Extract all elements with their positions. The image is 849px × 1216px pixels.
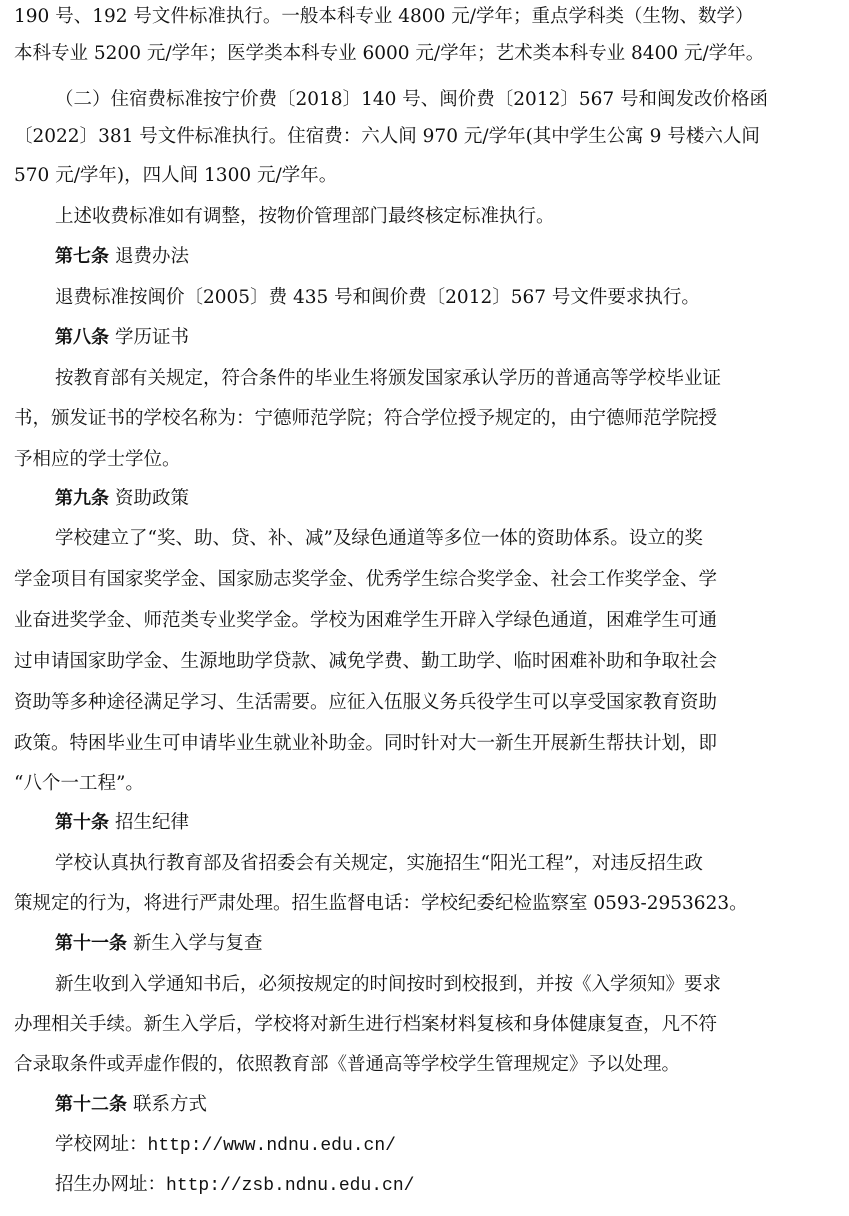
- article-number: 第九条: [55, 488, 109, 509]
- article-title: 联系方式: [133, 1094, 207, 1115]
- article-title: 新生入学与复查: [133, 933, 263, 954]
- article-number: 第七条: [55, 246, 109, 267]
- article-11-paragraph-line: 新生收到入学通知书后，必须按规定的时间按时到校报到，并按《入学须知》要求: [55, 974, 845, 996]
- school-website-label: 学校网址：: [55, 1134, 148, 1155]
- accommodation-fee-line-1: （二）住宿费标准按宁价费〔2018〕140 号、闽价费〔2012〕567 号和闽…: [55, 89, 845, 111]
- article-11-paragraph-line: 办理相关手续。新生入学后，学校将对新生进行档案材料复核和身体健康复查，凡不符: [14, 1014, 804, 1036]
- article-8-paragraph-line: 书，颁发证书的学校名称为：宁德师范学院；符合学位授予规定的，由宁德师范学院授: [14, 408, 804, 430]
- article-10-paragraph-line: 策规定的行为，将进行严肃处理。招生监督电话：学校纪委纪检监察室 0593-295…: [14, 893, 804, 915]
- article-9-paragraph-line: 业奋进奖学金、师范类专业奖学金。学校为困难学生开辟入学绿色通道，困难学生可通: [14, 610, 804, 632]
- fee-standard-line-1: 190 号、192 号文件标准执行。一般本科专业 4800 元/学年；重点学科类…: [14, 6, 804, 28]
- article-12-heading: 第十二条联系方式: [55, 1094, 845, 1116]
- article-8-paragraph-line: 按教育部有关规定，符合条件的毕业生将颁发国家承认学历的普通高等学校毕业证: [55, 368, 845, 390]
- admissions-website-link[interactable]: http://zsb.ndnu.edu.cn/: [166, 1176, 414, 1196]
- article-7-paragraph: 退费标准按闽价〔2005〕费 435 号和闽价费〔2012〕567 号文件要求执…: [55, 287, 845, 309]
- article-11-heading: 第十一条新生入学与复查: [55, 933, 845, 955]
- article-title: 招生纪律: [115, 812, 189, 833]
- article-9-paragraph-line: 学金项目有国家奖学金、国家励志奖学金、优秀学生综合奖学金、社会工作奖学金、学: [14, 569, 804, 591]
- article-9-paragraph-line: 政策。特困毕业生可申请毕业生就业补助金。同时针对大一新生开展新生帮扶计划，即: [14, 733, 804, 755]
- article-number: 第十条: [55, 812, 109, 833]
- article-title: 退费办法: [115, 246, 189, 267]
- accommodation-fee-line-3: 570 元/学年)，四人间 1300 元/学年。: [14, 165, 804, 187]
- accommodation-fee-line-2: 〔2022〕381 号文件标准执行。住宿费：六人间 970 元/学年(其中学生公…: [14, 126, 804, 148]
- admissions-website-line: 招生办网址：http://zsb.ndnu.edu.cn/: [55, 1174, 845, 1197]
- article-9-paragraph-line: 学校建立了“奖、助、贷、补、减”及绿色通道等多位一体的资助体系。设立的奖: [55, 528, 845, 550]
- article-8-heading: 第八条学历证书: [55, 327, 845, 349]
- document-page: 190 号、192 号文件标准执行。一般本科专业 4800 元/学年；重点学科类…: [0, 0, 849, 1216]
- school-website-link[interactable]: http://www.ndnu.edu.cn/: [148, 1136, 396, 1156]
- fee-adjustment-note: 上述收费标准如有调整，按物价管理部门最终核定标准执行。: [55, 206, 845, 228]
- article-title: 学历证书: [115, 327, 189, 348]
- article-9-paragraph-line: “八个一工程”。: [14, 773, 804, 795]
- article-title: 资助政策: [115, 488, 189, 509]
- admissions-website-label: 招生办网址：: [55, 1174, 166, 1195]
- school-website-line: 学校网址：http://www.ndnu.edu.cn/: [55, 1134, 845, 1157]
- article-9-paragraph-line: 资助等多种途径满足学习、生活需要。应征入伍服义务兵役学生可以享受国家教育资助: [14, 692, 804, 714]
- article-9-heading: 第九条资助政策: [55, 488, 845, 510]
- fee-standard-line-2: 本科专业 5200 元/学年；医学类本科专业 6000 元/学年；艺术类本科专业…: [14, 43, 804, 65]
- article-number: 第八条: [55, 327, 109, 348]
- article-9-paragraph-line: 过申请国家助学金、生源地助学贷款、减免学费、勤工助学、临时困难补助和争取社会: [14, 651, 804, 673]
- article-number: 第十二条: [55, 1094, 127, 1115]
- article-7-heading: 第七条退费办法: [55, 246, 845, 268]
- article-11-paragraph-line: 合录取条件或弄虚作假的，依照教育部《普通高等学校学生管理规定》予以处理。: [14, 1054, 804, 1076]
- article-number: 第十一条: [55, 933, 127, 954]
- article-10-heading: 第十条招生纪律: [55, 812, 845, 834]
- article-10-paragraph-line: 学校认真执行教育部及省招委会有关规定，实施招生“阳光工程”，对违反招生政: [55, 853, 845, 875]
- article-8-paragraph-line: 予相应的学士学位。: [14, 449, 804, 471]
